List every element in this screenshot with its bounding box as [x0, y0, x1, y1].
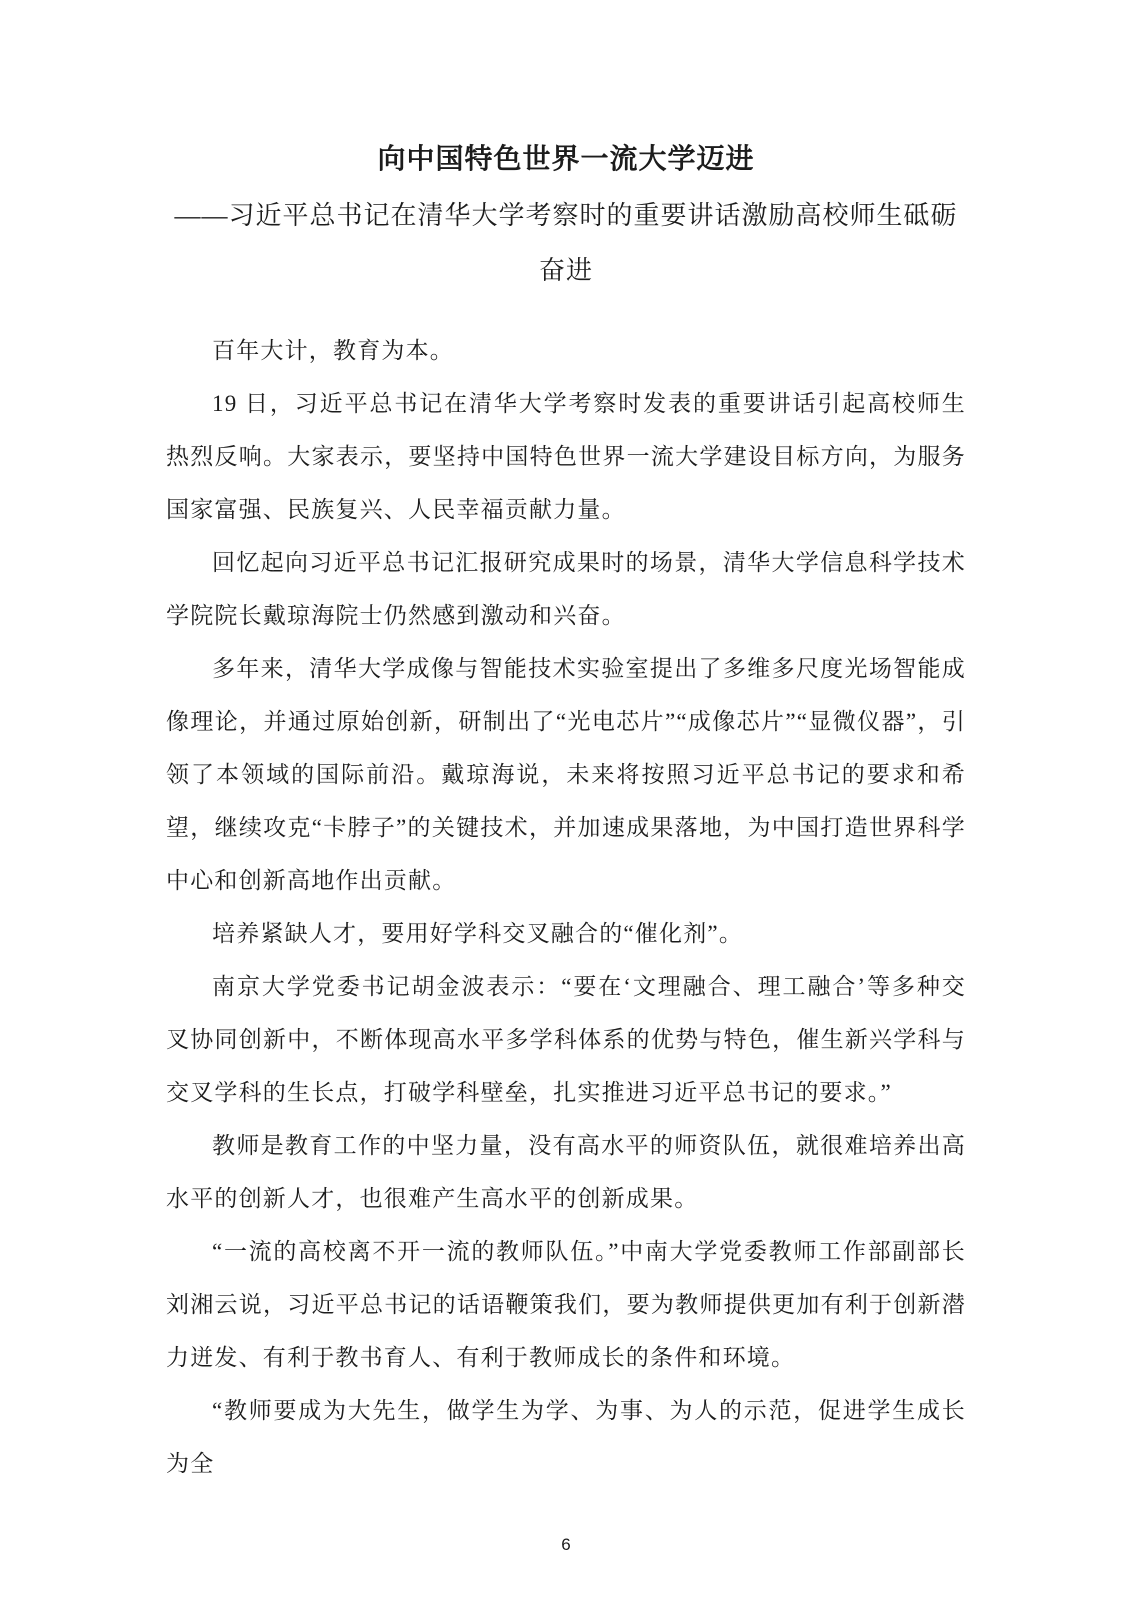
paragraph: “教师要成为大先生，做学生为学、为事、为人的示范，促进学生成长为全: [166, 1384, 966, 1490]
paragraph: 培养紧缺人才，要用好学科交叉融合的“催化剂”。: [166, 907, 966, 960]
page-number: 6: [166, 1535, 966, 1555]
paragraph: 教师是教育工作的中坚力量，没有高水平的师资队伍，就很难培养出高水平的创新人才，也…: [166, 1119, 966, 1225]
paragraph: “一流的高校离不开一流的教师队伍。”中南大学党委教师工作部副部长刘湘云说，习近平…: [166, 1225, 966, 1384]
document-subtitle: ——习近平总书记在清华大学考察时的重要讲话激励高校师生砥砺 奋进: [166, 188, 966, 298]
paragraph: 多年来，清华大学成像与智能技术实验室提出了多维多尺度光场智能成像理论，并通过原始…: [166, 642, 966, 907]
document-title: 向中国特色世界一流大学迈进: [166, 130, 966, 188]
paragraph: 回忆起向习近平总书记汇报研究成果时的场景，清华大学信息科学技术学院院长戴琼海院士…: [166, 536, 966, 642]
document-page: 向中国特色世界一流大学迈进 ——习近平总书记在清华大学考察时的重要讲话激励高校师…: [0, 0, 1131, 1600]
paragraph: 南京大学党委书记胡金波表示：“要在‘文理融合、理工融合’等多种交叉协同创新中，不…: [166, 960, 966, 1119]
paragraph: 19 日，习近平总书记在清华大学考察时发表的重要讲话引起高校师生热烈反响。大家表…: [166, 377, 966, 536]
subtitle-line-2: 奋进: [166, 243, 966, 298]
document-body: 百年大计，教育为本。19 日，习近平总书记在清华大学考察时发表的重要讲话引起高校…: [166, 324, 966, 1490]
subtitle-line-1: ——习近平总书记在清华大学考察时的重要讲话激励高校师生砥砺: [166, 188, 966, 243]
paragraph: 百年大计，教育为本。: [166, 324, 966, 377]
